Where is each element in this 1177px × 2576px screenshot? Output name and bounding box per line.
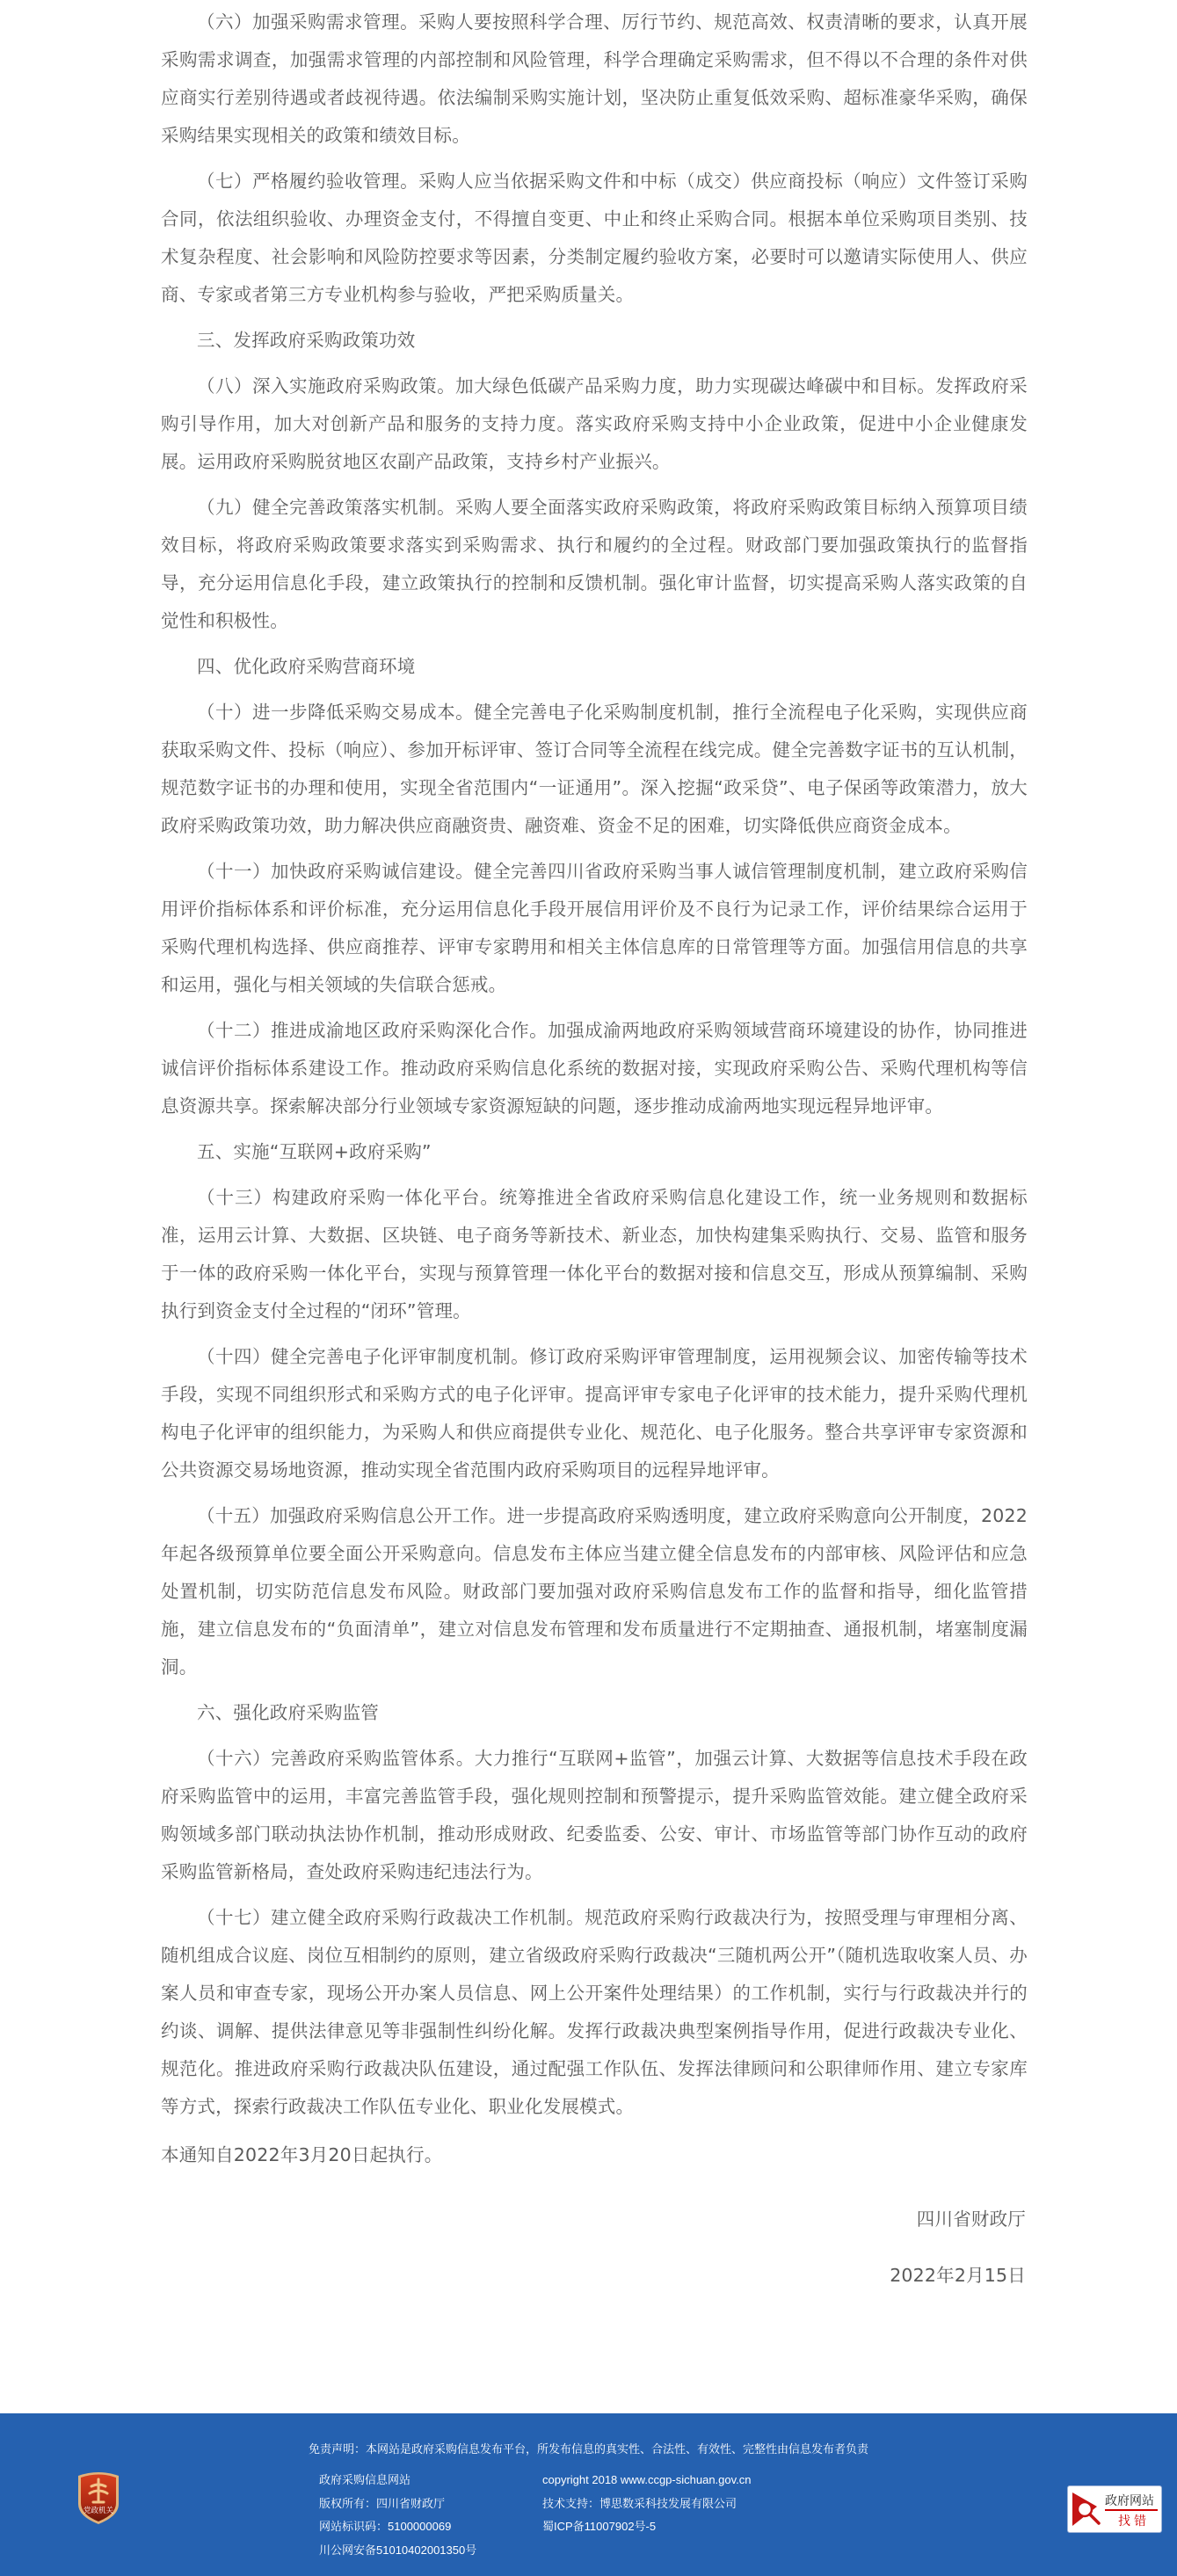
paragraph-14: （十四）健全完善电子化评审制度机制。修订政府采购评审管理制度，运用视频会议、加密… xyxy=(161,1338,1028,1489)
footer-site-id: 网站标识码：5100000069 xyxy=(319,2515,476,2539)
footer-site-name: 政府采购信息网站 xyxy=(319,2469,476,2492)
section-heading-3: 三、发挥政府采购政策功效 xyxy=(161,322,1028,360)
signature-org: 四川省财政厅 xyxy=(917,2201,1026,2238)
footer-police-record[interactable]: 川公网安备51010402001350号 xyxy=(319,2539,476,2563)
article-body: （六）加强采购需求管理。采购人要按照科学合理、厉行节约、规范高效、权责清晰的要求… xyxy=(161,0,1028,2413)
paragraph-13: （十三）构建政府采购一体化平台。统筹推进全省政府采购信息化建设工作，统一业务规则… xyxy=(161,1179,1028,1330)
site-footer: 免责声明：本网站是政府采购信息发布平台，所发布信息的真实性、合法性、有效性、完整… xyxy=(0,2413,1177,2576)
paragraph-7: （七）严格履约验收管理。采购人应当依据采购文件和中标（成交）供应商投标（响应）文… xyxy=(161,163,1028,314)
section-heading-4: 四、优化政府采购营商环境 xyxy=(161,648,1028,686)
footer-copyright: copyright 2018 www.ccgp-sichuan.gov.cn xyxy=(542,2469,752,2492)
paragraph-16: （十六）完善政府采购监管体系。大力推行“互联网+监管”，加强云计算、大数据等信息… xyxy=(161,1740,1028,1891)
paragraph-11: （十一）加快政府采购诚信建设。健全完善四川省政府采购当事人诚信管理制度机制，建立… xyxy=(161,853,1028,1004)
footer-icp-record[interactable]: 蜀ICP备11007902号-5 xyxy=(542,2515,752,2539)
section-heading-5: 五、实施“互联网+政府采购” xyxy=(161,1133,1028,1171)
finder-divider xyxy=(1105,2509,1158,2511)
footer-left-column: 政府采购信息网站 版权所有：四川省财政厅 网站标识码：5100000069 川公… xyxy=(319,2469,476,2562)
effective-date-notice: 本通知自2022年3月20日起执行。 xyxy=(161,2136,1028,2174)
footer-tech-support: 技术支持：博思数采科技发展有限公司 xyxy=(542,2492,752,2516)
paragraph-12: （十二）推进成渝地区政府采购深化合作。加强成渝两地政府采购领域营商环境建设的协作… xyxy=(161,1012,1028,1125)
section-heading-6: 六、强化政府采购监管 xyxy=(161,1694,1028,1732)
paragraph-10: （十）进一步降低采购交易成本。健全完善电子化采购制度机制，推行全流程电子化采购，… xyxy=(161,694,1028,845)
paragraph-9: （九）健全完善政策落实机制。采购人要全面落实政府采购政策，将政府采购政策目标纳入… xyxy=(161,489,1028,640)
paragraph-8: （八）深入实施政府采购政策。加大绿色低碳产品采购力度，助力实现碳达峰碳中和目标。… xyxy=(161,367,1028,481)
footer-copyright-owner: 版权所有：四川省财政厅 xyxy=(319,2492,476,2516)
badge-label: 党政机关 xyxy=(84,2506,114,2515)
paragraph-17: （十七）建立健全政府采购行政裁决工作机制。规范政府采购行政裁决行为，按照受理与审… xyxy=(161,1899,1028,2126)
gov-site-error-finder-button[interactable]: 政府网站 找错 xyxy=(1067,2485,1162,2533)
magnifier-icon xyxy=(1071,2491,1104,2529)
footer-disclaimer: 免责声明：本网站是政府采购信息发布平台，所发布信息的真实性、合法性、有效性、完整… xyxy=(0,2440,1177,2456)
finder-title: 政府网站 xyxy=(1105,2492,1154,2509)
party-government-badge-icon[interactable]: 党政机关 xyxy=(76,2470,121,2525)
footer-right-column: copyright 2018 www.ccgp-sichuan.gov.cn 技… xyxy=(542,2469,752,2539)
signature-date: 2022年2月15日 xyxy=(890,2257,1026,2295)
paragraph-15: （十五）加强政府采购信息公开工作。进一步提高政府采购透明度，建立政府采购意向公开… xyxy=(161,1497,1028,1686)
paragraph-6: （六）加强采购需求管理。采购人要按照科学合理、厉行节约、规范高效、权责清晰的要求… xyxy=(161,4,1028,155)
finder-subtitle: 找错 xyxy=(1118,2512,1150,2529)
